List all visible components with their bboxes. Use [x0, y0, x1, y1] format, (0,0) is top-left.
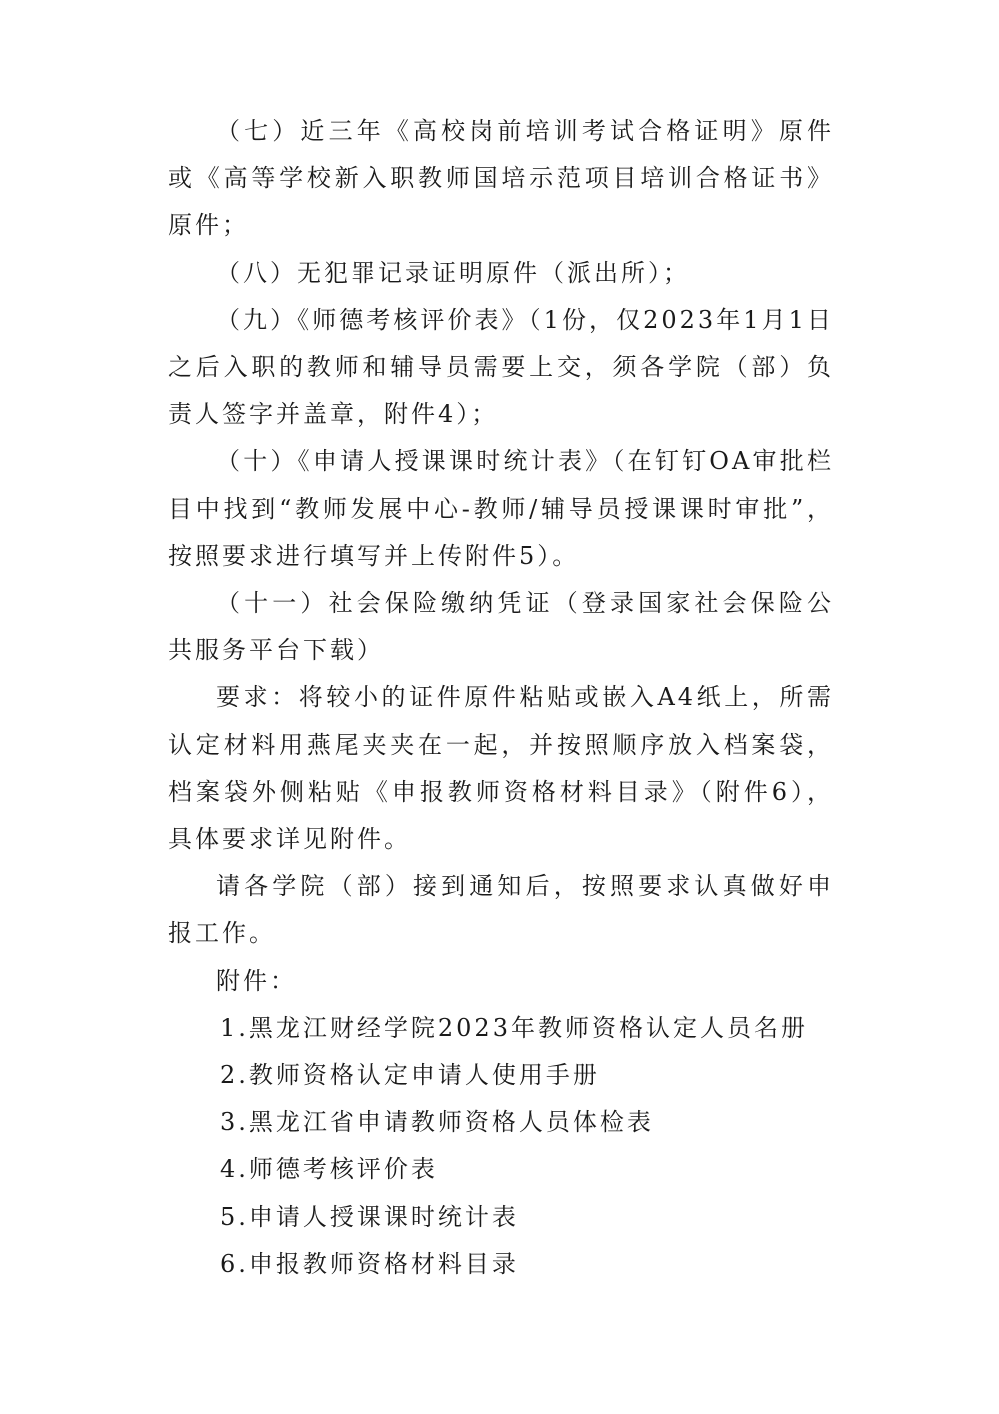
closing-paragraph: 请各学院（部）接到通知后，按照要求认真做好申报工作。 — [168, 863, 834, 957]
attachments-list: 1.黑龙江财经学院2023年教师资格认定人员名册 2.教师资格认定申请人使用手册… — [168, 1005, 834, 1288]
attachment-item: 2.教师资格认定申请人使用手册 — [168, 1052, 834, 1099]
attachment-item: 6.申报教师资格材料目录 — [168, 1241, 834, 1288]
document-page: （七）近三年《高校岗前培训考试合格证明》原件或《高等学校新入职教师国培示范项目培… — [168, 108, 834, 1288]
attachment-item: 4.师德考核评价表 — [168, 1146, 834, 1193]
attachment-item: 3.黑龙江省申请教师资格人员体检表 — [168, 1099, 834, 1146]
paragraph-item-7: （七）近三年《高校岗前培训考试合格证明》原件或《高等学校新入职教师国培示范项目培… — [168, 108, 834, 250]
requirements-paragraph: 要求：将较小的证件原件粘贴或嵌入A4纸上，所需认定材料用燕尾夹夹在一起，并按照顺… — [168, 674, 834, 863]
paragraph-item-10: （十）《申请人授课课时统计表》（在钉钉OA审批栏目中找到“教师发展中心-教师/辅… — [168, 438, 834, 580]
paragraph-item-11: （十一）社会保险缴纳凭证（登录国家社会保险公共服务平台下载） — [168, 580, 834, 674]
attachments-label: 附件： — [168, 958, 834, 1005]
attachment-item: 5.申请人授课课时统计表 — [168, 1194, 834, 1241]
paragraph-item-8: （八）无犯罪记录证明原件（派出所）； — [168, 250, 834, 297]
paragraph-item-9: （九）《师德考核评价表》（1份，仅2023年1月1日之后入职的教师和辅导员需要上… — [168, 297, 834, 439]
attachment-item: 1.黑龙江财经学院2023年教师资格认定人员名册 — [168, 1005, 834, 1052]
